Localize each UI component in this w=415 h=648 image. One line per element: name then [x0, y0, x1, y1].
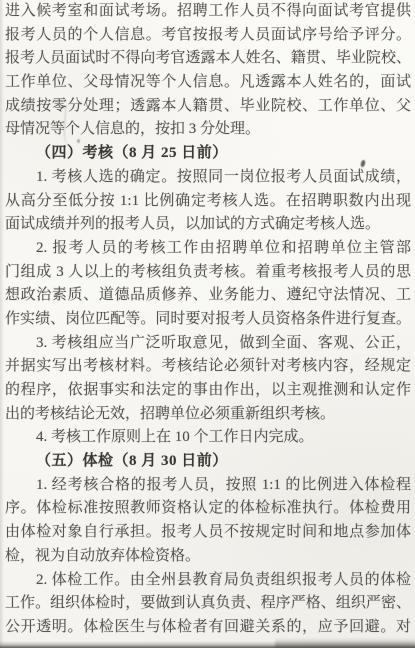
text-line: 报考人员面试时不得向考官透露本人姓名、籍贯、毕业院校、 [5, 47, 411, 71]
text-line: 门组成 3 人以上的考核组负责考核。着重考核报考人员的思 [5, 261, 411, 285]
text-line: 进入候考室和面试考场。招聘工作人员不得向面试考官提供 [5, 0, 411, 24]
text-line: 想政治素质、道德品质修养、业务能力、遵纪守法情况、工 [5, 284, 411, 308]
text-line: 工作。组织体检时，要做到认真负责、程序严格、组织严密、 [5, 592, 411, 616]
text-line: 由体检对象自行承担。报考人员不按规定时间和地点参加体 [5, 521, 411, 545]
text-line: 4. 考核工作原则上在 10 个工作日内完成。 [5, 426, 411, 450]
text-line: 出的考核结论无效，招聘单位必须重新组织考核。 [5, 403, 411, 427]
section-heading-line: （四）考核（8 月 25 日前） [5, 142, 411, 166]
text-line: 公开透明。体检医生与体检者有回避关系的，应予回避。对 [5, 616, 411, 640]
ink-speck [205, 121, 208, 124]
text-line: 2. 体检工作。由全州县教育局负责组织报考人员的体检 [5, 569, 411, 593]
text-line: 3. 考核组应当广泛听取意见，做到全面、客观、公正， [5, 332, 411, 356]
text-line: 面试成绩并列的报考人员，以加试的方式确定考核人选。 [5, 213, 411, 237]
scanned-document-page: 进入候考室和面试考场。招聘工作人员不得向面试考官提供报考人员的个人信息。考官按报… [0, 0, 415, 648]
text-line: 序。体检标准按照教师资格认定的体检标准执行。体检费用 [5, 497, 411, 521]
text-line: 从高分至低分按 1:1 比例确定考核人选。在招聘职数内出现 [5, 190, 411, 214]
text-line: 2. 报考人员的考核工作由招聘单位和招聘单位主管部 [5, 237, 411, 261]
text-line: 报考人员的个人信息。考官按报考人员面试序号给予评分。 [5, 24, 411, 48]
text-line: 1. 考核人选的确定。按照同一岗位报考人员面试成绩， [5, 166, 411, 190]
text-line: 并据实写出考核材料。考核结论必须针对考核内容，经规定 [5, 355, 411, 379]
text-line: 工作单位、父母情况等个人信息。凡透露本人姓名的，面试 [5, 71, 411, 95]
text-line: 检，视为自动放弃体检资格。 [5, 545, 411, 569]
page-left-edge-shadow [0, 0, 4, 648]
text-line: 的程序，依据事实和法定的事由作出，以主观推测和认定作 [5, 379, 411, 403]
text-line: 作实绩、岗位匹配等。同时要对报考人员资格条件进行复查。 [5, 308, 411, 332]
page-bottom-edge-shadow [0, 641, 415, 648]
section-heading-line: （五）体检（8 月 30 日前） [5, 450, 411, 474]
text-line: 1. 经考核合格的报考人员，按照 1:1 的比例进入体检程 [5, 474, 411, 498]
ink-speck [77, 139, 80, 143]
document-text-block: 进入候考室和面试考场。招聘工作人员不得向面试考官提供报考人员的个人信息。考官按报… [5, 0, 411, 640]
